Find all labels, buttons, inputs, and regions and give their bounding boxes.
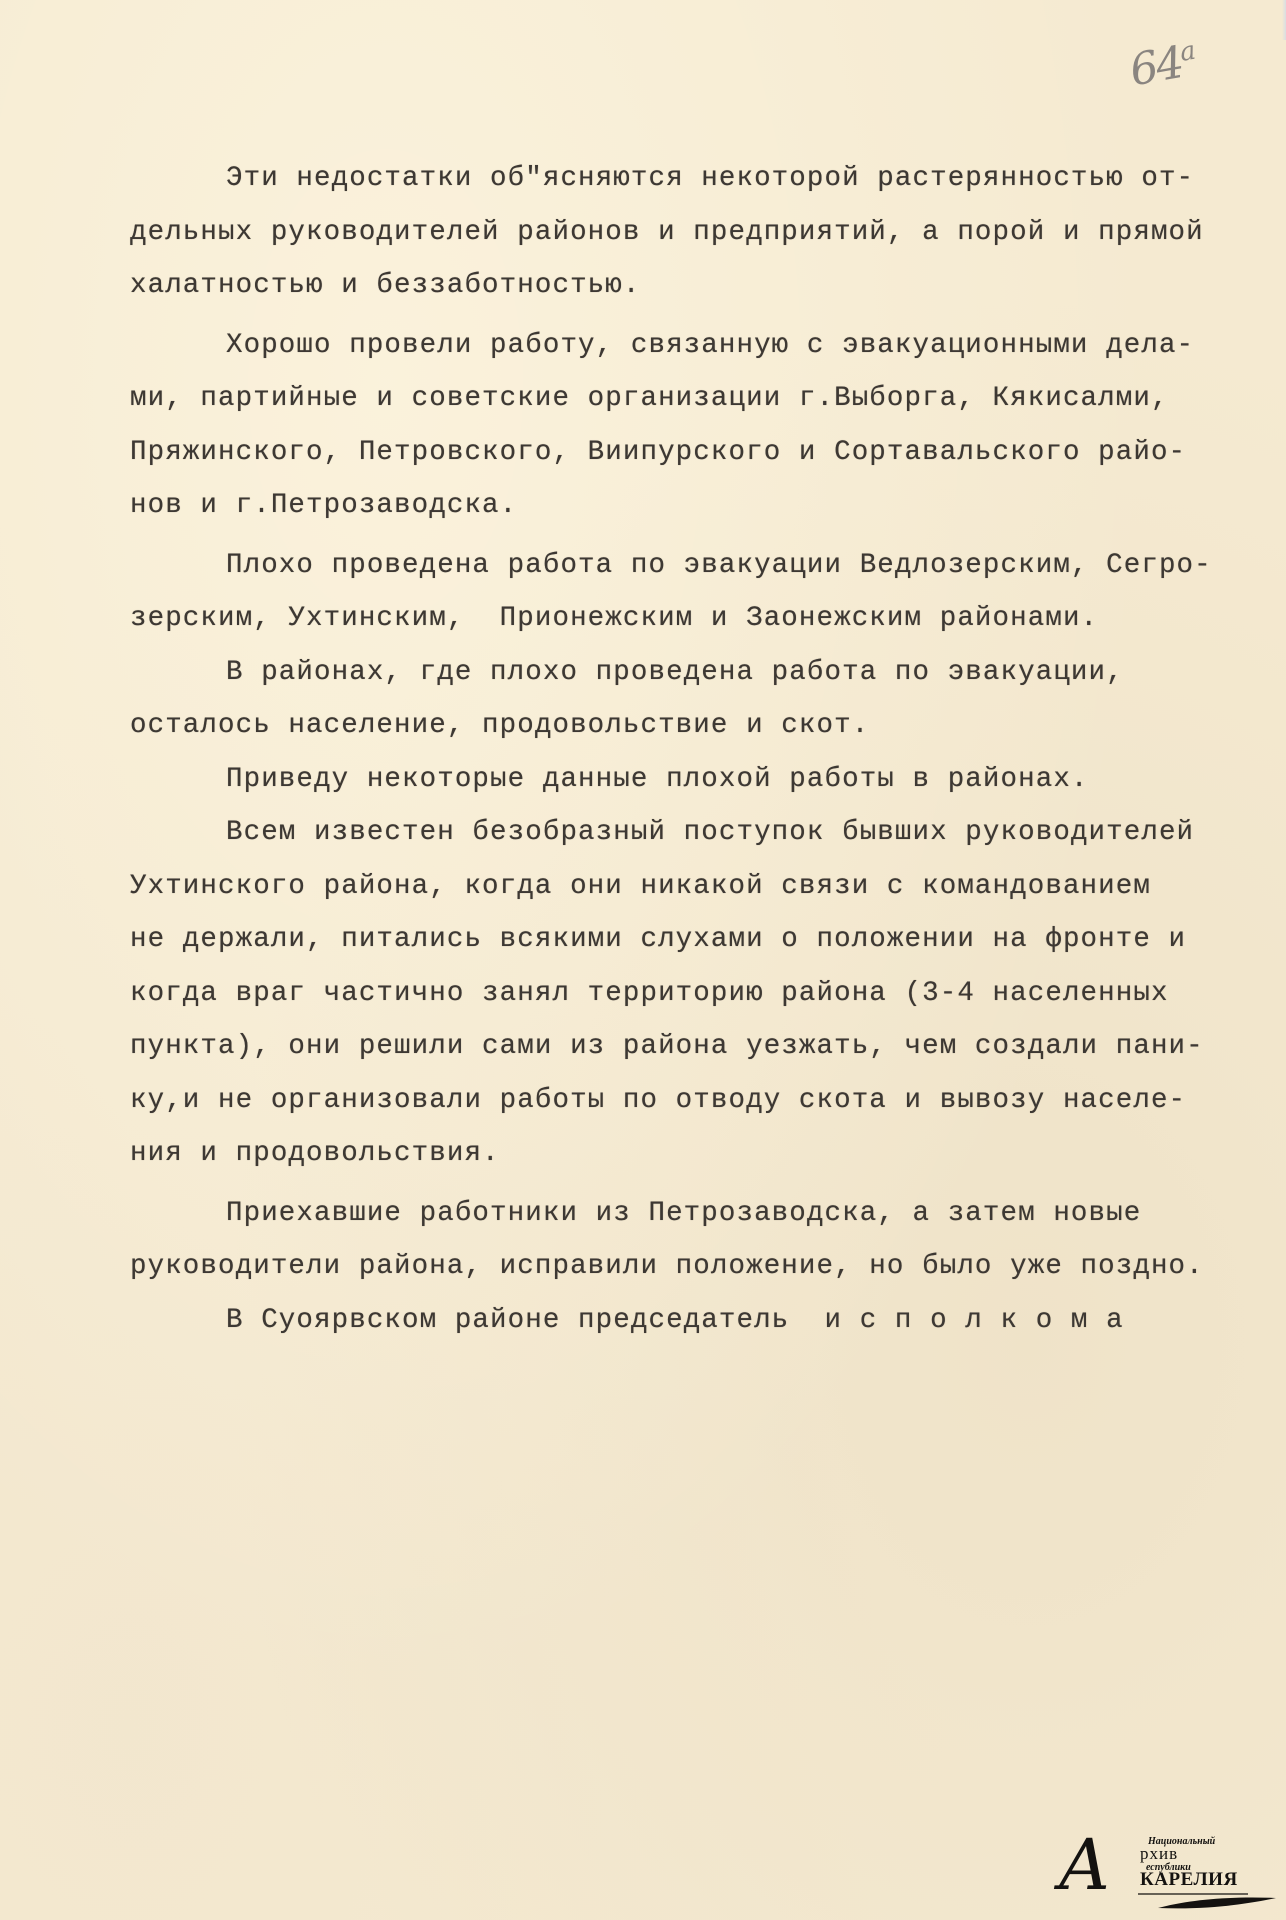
paragraph-2-line-2: ми, партийные и советские организации г.…	[130, 372, 1280, 426]
paragraph-2-line-1: Хорошо провели работу, связанную с эваку…	[130, 319, 1280, 373]
paragraph-7-line-2: руководители района, исправили положение…	[130, 1240, 1280, 1294]
paragraph-7-line-1: Приехавшие работники из Петрозаводска, а…	[130, 1187, 1280, 1241]
folio-number-text: 64	[1126, 37, 1186, 96]
paragraph-2-line-3: Пряжинского, Петровского, Виипурского и …	[130, 426, 1280, 480]
paragraph-8-line-1: В Суоярвском районе председатель и с п о…	[130, 1294, 1280, 1348]
paragraph-3-line-2: зерским, Ухтинским, Прионежским и Заонеж…	[130, 592, 1280, 646]
paragraph-6-line-2: Ухтинского района, когда они никакой свя…	[130, 860, 1280, 914]
paragraph-5-line-1: Приведу некоторые данные плохой работы в…	[130, 753, 1280, 807]
logo-line-karelia: КАРЕЛИЯ	[1140, 1869, 1238, 1891]
archive-logo: А Национальный рхив еспублики КАРЕЛИЯ	[1058, 1822, 1278, 1912]
paragraph-6-line-3: не держали, питались всякими слухами о п…	[130, 913, 1280, 967]
quill-feather-icon	[1138, 1892, 1278, 1912]
paragraph-6-line-6: ку,и не организовали работы по отводу ск…	[130, 1074, 1280, 1128]
paragraph-4-line-1: В районах, где плохо проведена работа по…	[130, 646, 1280, 700]
paragraph-3-line-1: Плохо проведена работа по эвакуации Ведл…	[130, 539, 1280, 593]
logo-initial: А	[1058, 1830, 1111, 1900]
page-edge	[1282, 0, 1286, 40]
folio-number: 64а	[1126, 35, 1199, 97]
paragraph-6-line-5: пункта), они решили сами из района уезжа…	[130, 1020, 1280, 1074]
paragraph-6-line-4: когда враг частично занял территорию рай…	[130, 967, 1280, 1021]
paragraph-1-line-2: дельных руководителей районов и предприя…	[130, 206, 1280, 260]
paragraph-6-line-1: Всем известен безобразный поступок бывши…	[130, 806, 1280, 860]
document-body: Эти недостатки об"ясняются некоторой рас…	[130, 152, 1280, 1347]
paragraph-2-line-4: нов и г.Петрозаводска.	[130, 479, 1280, 533]
logo-line-archive: рхив	[1140, 1844, 1178, 1864]
paragraph-6-line-7: ния и продовольствия.	[130, 1127, 1280, 1181]
paragraph-1-line-3: халатностью и беззаботностью.	[130, 259, 1280, 313]
paragraph-4-line-2: осталось население, продовольствие и ско…	[130, 699, 1280, 753]
paragraph-1-line-1: Эти недостатки об"ясняются некоторой рас…	[130, 152, 1280, 206]
